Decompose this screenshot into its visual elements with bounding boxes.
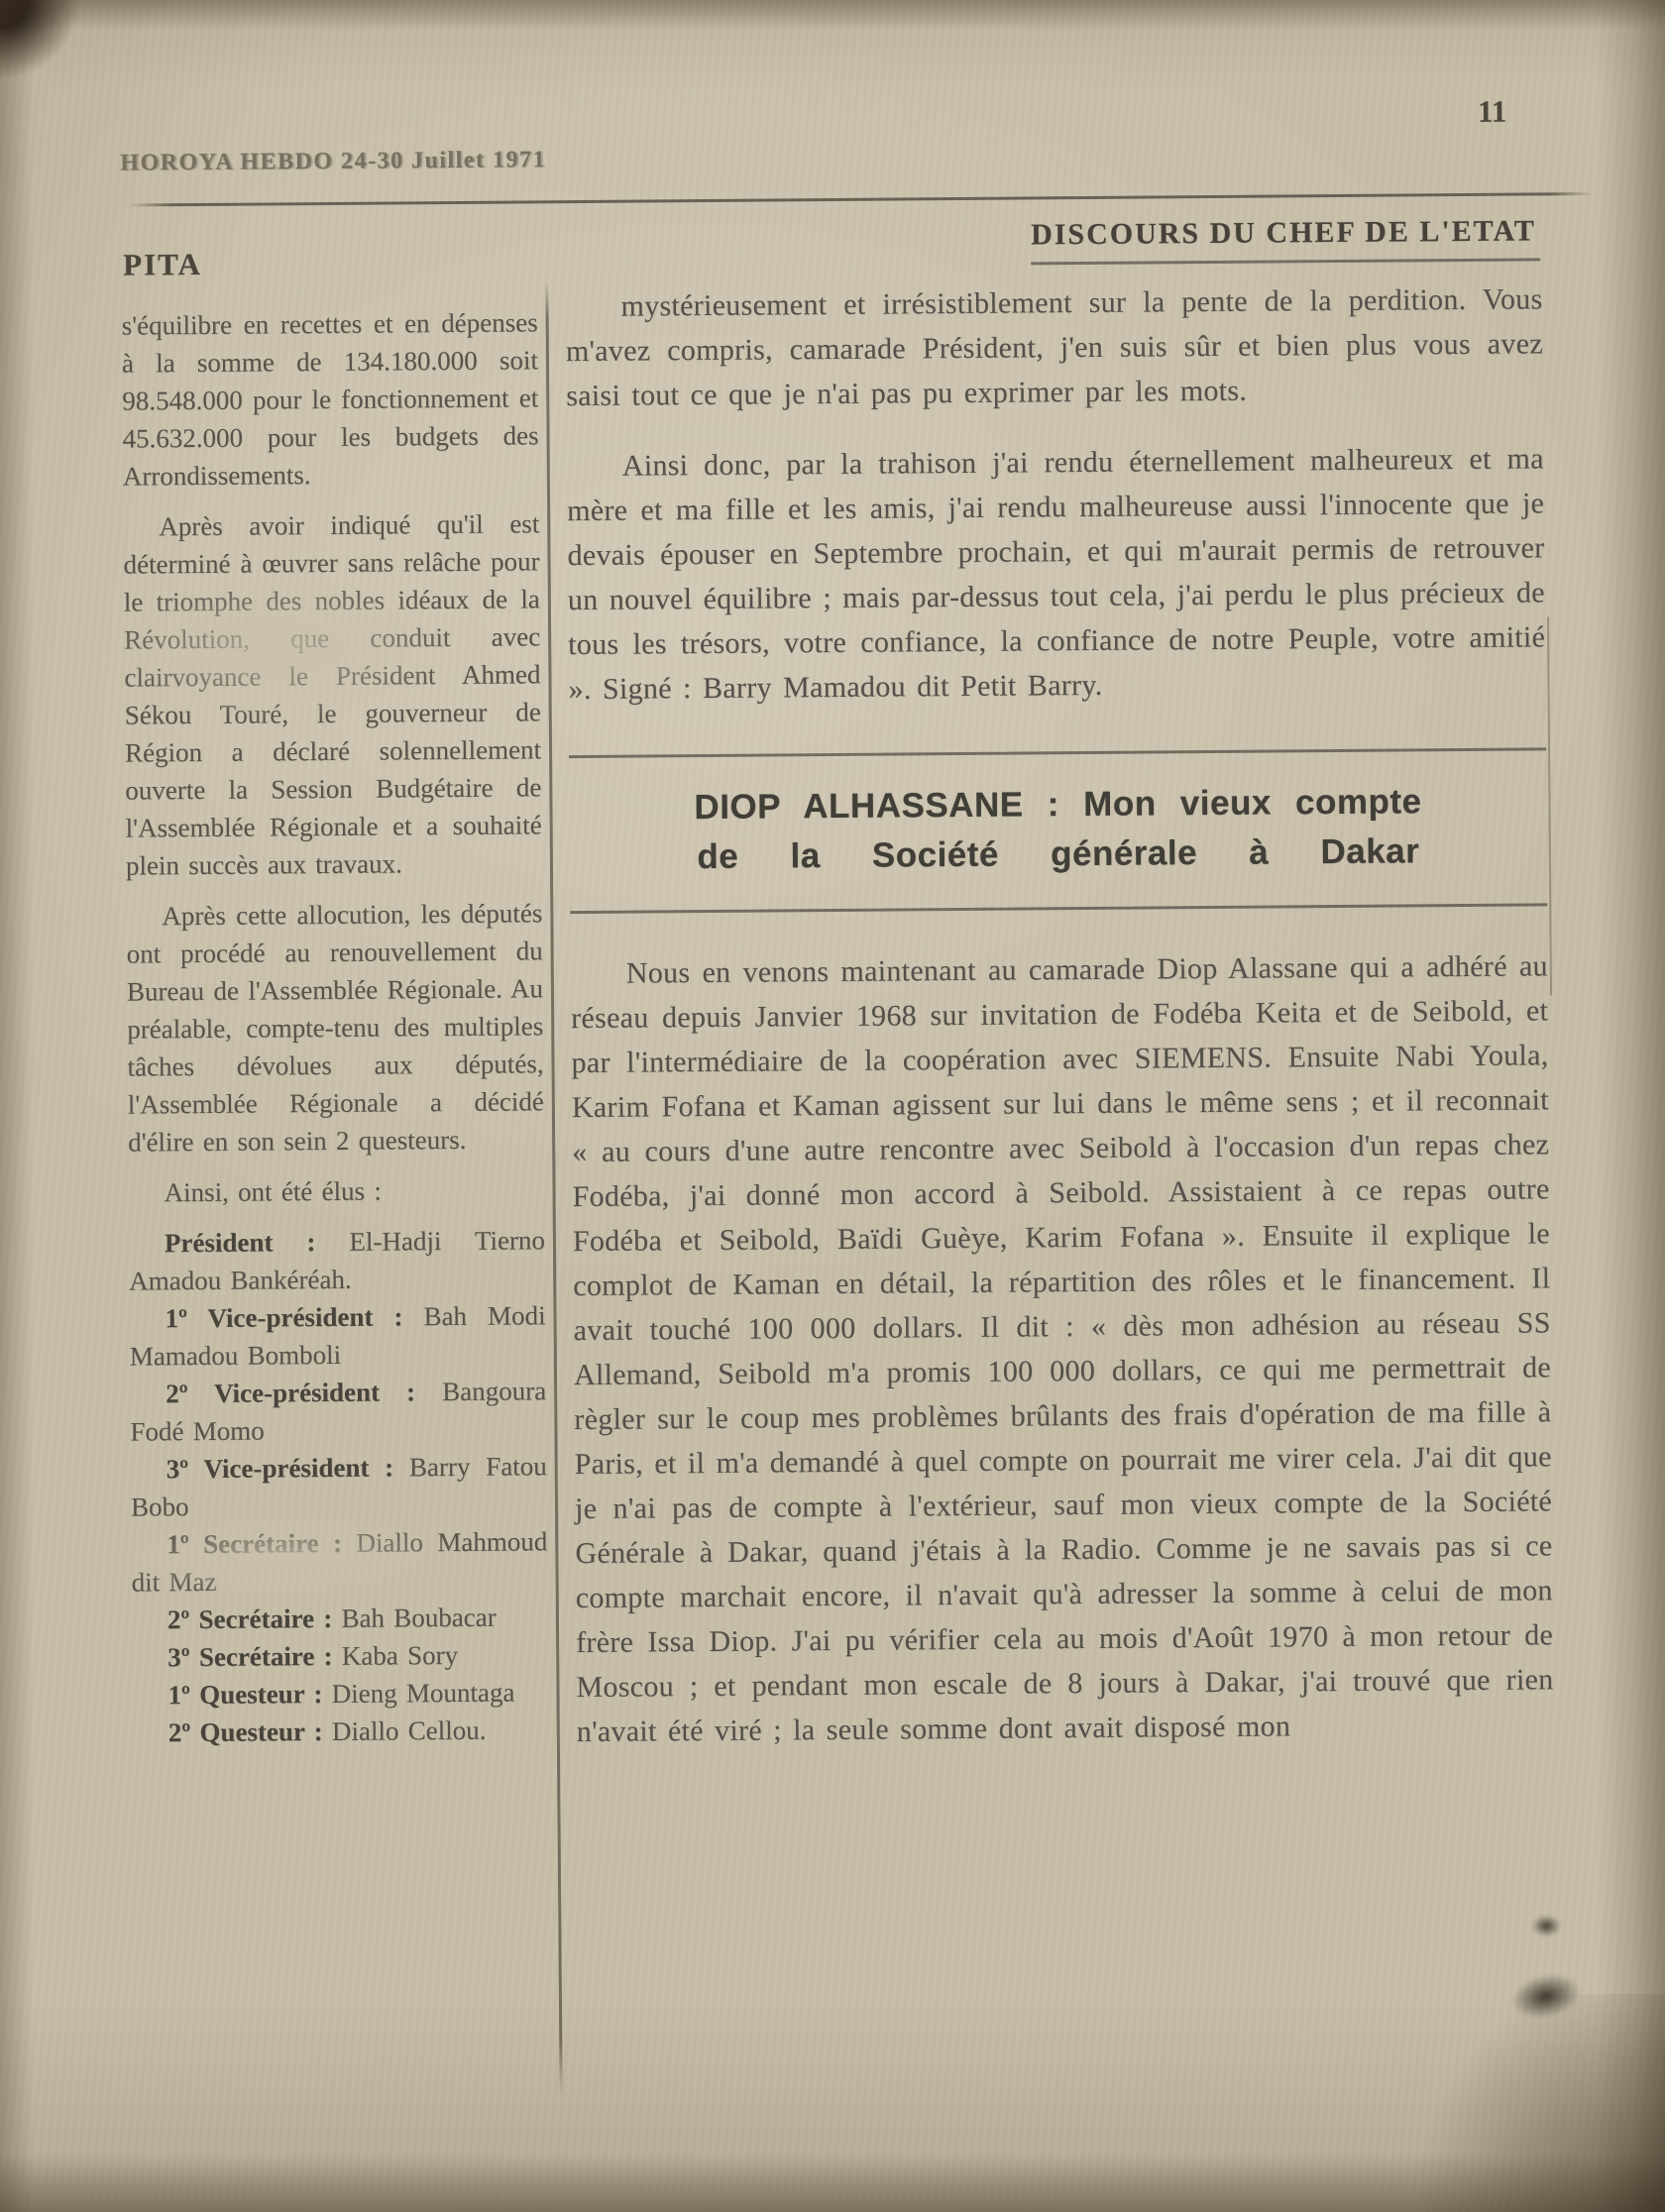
- elected-list-item: 1º Secrétaire : Diallo Mahmoud dit Maz: [131, 1522, 548, 1601]
- elected-intro: Ainsi, ont été élus :: [128, 1170, 544, 1211]
- ink-smudge: [1506, 1967, 1586, 2025]
- page-content: HOROYA HEBDO 24-30 Juillet 1971 11 PITA …: [0, 0, 1665, 2212]
- article-title-pita: PITA: [123, 244, 537, 282]
- official-label: 3º Secrétaire :: [167, 1641, 333, 1672]
- header-rule: [129, 192, 1594, 207]
- diop-article-header-box: DIOP ALHASSANE : Mon vieux compte de la …: [569, 747, 1547, 914]
- diop-heading-line1: DIOP ALHASSANE : Mon vieux compte: [579, 776, 1536, 833]
- discours-paragraph: mystérieusement et irrésistiblement sur …: [565, 276, 1543, 418]
- elected-list-item: 2º Secrétaire : Bah Boubacar: [132, 1598, 548, 1638]
- official-label: 1º Vice-président :: [165, 1301, 402, 1333]
- elected-list-item: Président : El-Hadji Tierno Amadou Banké…: [129, 1221, 546, 1299]
- diop-body-paragraph: Nous en venons maintenant au camarade Di…: [571, 943, 1554, 1754]
- discours-title: DISCOURS DU CHEF DE L'ETAT: [1031, 214, 1540, 265]
- official-label: 2º Vice-président :: [166, 1377, 415, 1408]
- elected-list-item: 3º Vice-président : Barry Fatou Bobo: [131, 1447, 548, 1525]
- column-divider: [545, 281, 562, 2095]
- elected-list-item: 1º Vice-président : Bah Modi Mamadou Bom…: [129, 1296, 546, 1375]
- official-label: 1º Questeur :: [167, 1679, 322, 1710]
- scanned-newspaper-page: HOROYA HEBDO 24-30 Juillet 1971 11 PITA …: [0, 0, 1665, 2212]
- masthead: HOROYA HEBDO 24-30 Juillet 1971: [120, 147, 546, 176]
- official-name: Bah Boubacar: [341, 1603, 496, 1633]
- elected-list-item: 2º Vice-président : Bangoura Fodé Momo: [130, 1372, 547, 1450]
- official-label: 3º Vice-président :: [166, 1452, 394, 1484]
- elected-list-item: 2º Questeur : Diallo Cellou.: [133, 1711, 549, 1751]
- official-name: Dieng Mountaga: [332, 1678, 515, 1709]
- discours-title-row: DISCOURS DU CHEF DE L'ETAT: [565, 214, 1540, 269]
- ink-smudge: [1531, 1915, 1561, 1936]
- paper-crease: [1547, 616, 1552, 995]
- diop-heading-line2: de la Société générale à Dakar: [580, 826, 1537, 883]
- official-label: 2º Secrétaire :: [167, 1604, 333, 1634]
- paper-background: HOROYA HEBDO 24-30 Juillet 1971 11 PITA …: [0, 0, 1665, 2212]
- left-column: PITA s'équilibre en recettes et en dépen…: [121, 234, 549, 1751]
- pita-paragraph: Après avoir indiqué qu'il est déterminé …: [123, 504, 542, 884]
- official-label: 1º Secrétaire :: [166, 1528, 342, 1559]
- page-number: 11: [1478, 94, 1507, 130]
- right-column: DISCOURS DU CHEF DE L'ETAT mystérieuseme…: [565, 214, 1554, 1780]
- pita-paragraph: s'équilibre en recettes et en dépenses à…: [122, 303, 539, 495]
- elected-list-item: 3º Secrétaire : Kaba Sory: [132, 1635, 548, 1676]
- elected-list-item: 1º Questeur : Dieng Mountaga: [132, 1673, 548, 1714]
- official-name: Kaba Sory: [342, 1640, 458, 1671]
- official-label: Président :: [165, 1227, 316, 1258]
- discours-paragraph: Ainsi donc, par la trahison j'ai rendu é…: [567, 436, 1546, 712]
- official-label: 2º Questeur :: [168, 1716, 323, 1747]
- official-name: Diallo Cellou.: [332, 1715, 487, 1746]
- pita-paragraph: Après cette allocution, les députés ont …: [126, 894, 544, 1161]
